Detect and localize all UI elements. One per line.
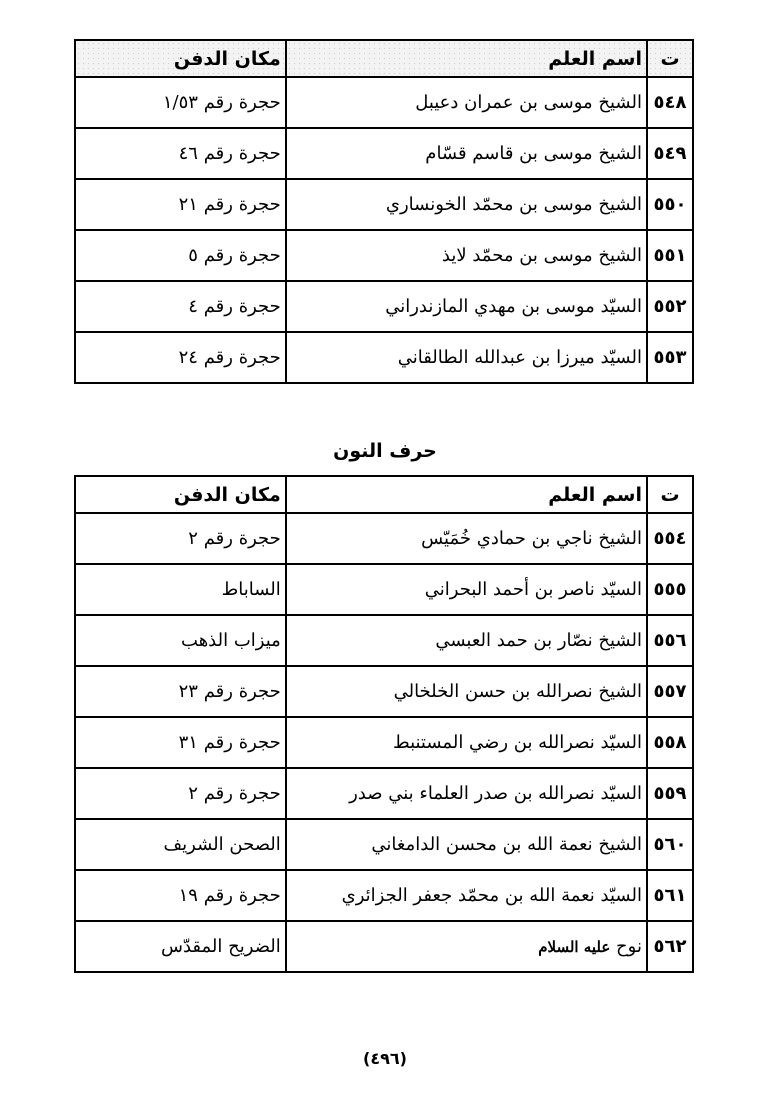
- row-name: الشيخ موسى بن محمّد الخونساري: [286, 179, 647, 230]
- row-burial-place: حجرة رقم ٢: [75, 513, 286, 564]
- section-title: حرف النون: [0, 440, 770, 462]
- table-row: ٥٥٥ السيّد ناصر بن أحمد البحراني الساباط: [75, 564, 693, 615]
- row-burial-place: الساباط: [75, 564, 286, 615]
- table-row: ٥٤٨ الشيخ موسى بن عمران دعيبل حجرة رقم ١…: [75, 77, 693, 128]
- header-burial-place: مكان الدفن: [75, 476, 286, 513]
- row-name-text: نوح: [616, 936, 642, 957]
- honorific-glyph: عليه السلام: [538, 938, 610, 956]
- row-burial-place: الضريح المقدّس: [75, 921, 286, 972]
- row-burial-place: حجرة رقم ٢١: [75, 179, 286, 230]
- row-number: ٥٦١: [647, 870, 693, 921]
- row-name: نوح عليه السلام: [286, 921, 647, 972]
- row-number: ٥٦٠: [647, 819, 693, 870]
- header-name: اسم العلم: [286, 40, 647, 77]
- row-number: ٥٥٧: [647, 666, 693, 717]
- row-burial-place: حجرة رقم ٤٦: [75, 128, 286, 179]
- row-number: ٥٦٢: [647, 921, 693, 972]
- table-header-row: ت اسم العلم مكان الدفن: [75, 40, 693, 77]
- table-row: ٥٦٠ الشيخ نعمة الله بن محسن الدامغاني ال…: [75, 819, 693, 870]
- row-number: ٥٥٢: [647, 281, 693, 332]
- table-row: ٥٥١ الشيخ موسى بن محمّد لايذ حجرة رقم ٥: [75, 230, 693, 281]
- row-burial-place: حجرة رقم ٥: [75, 230, 286, 281]
- row-name: السيّد نعمة الله بن محمّد جعفر الجزائري: [286, 870, 647, 921]
- row-burial-place: حجرة رقم ١٩: [75, 870, 286, 921]
- row-name: السيّد ناصر بن أحمد البحراني: [286, 564, 647, 615]
- table-row: ٥٥٩ السيّد نصرالله بن صدر العلماء بني صد…: [75, 768, 693, 819]
- row-name: الشيخ نصرالله بن حسن الخلخالي: [286, 666, 647, 717]
- table-row: ٥٥٧ الشيخ نصرالله بن حسن الخلخالي حجرة ر…: [75, 666, 693, 717]
- row-burial-place: الصحن الشريف: [75, 819, 286, 870]
- table-row: ٥٥٢ السيّد موسى بن مهدي المازندراني حجرة…: [75, 281, 693, 332]
- header-name: اسم العلم: [286, 476, 647, 513]
- burial-table-2: ت اسم العلم مكان الدفن ٥٥٤ الشيخ ناجي بن…: [74, 475, 694, 973]
- table-header-row: ت اسم العلم مكان الدفن: [75, 476, 693, 513]
- row-name: السيّد ميرزا بن عبدالله الطالقاني: [286, 332, 647, 383]
- row-number: ٥٥٥: [647, 564, 693, 615]
- row-name: الشيخ نعمة الله بن محسن الدامغاني: [286, 819, 647, 870]
- row-number: ٥٥٨: [647, 717, 693, 768]
- row-name: السيّد نصرالله بن رضي المستنبط: [286, 717, 647, 768]
- row-name: الشيخ ناجي بن حمادي خُمَيّس: [286, 513, 647, 564]
- burial-table-1: ت اسم العلم مكان الدفن ٥٤٨ الشيخ موسى بن…: [74, 39, 694, 384]
- row-number: ٥٥١: [647, 230, 693, 281]
- row-burial-place: حجرة رقم ٣١: [75, 717, 286, 768]
- row-burial-place: ميزاب الذهب: [75, 615, 286, 666]
- header-burial-place: مكان الدفن: [75, 40, 286, 77]
- row-name: السيّد نصرالله بن صدر العلماء بني صدر: [286, 768, 647, 819]
- table-row: ٥٥٨ السيّد نصرالله بن رضي المستنبط حجرة …: [75, 717, 693, 768]
- page-number: (٤٩٦): [0, 1049, 770, 1068]
- row-number: ٥٥٣: [647, 332, 693, 383]
- row-name: الشيخ نصّار بن حمد العبسي: [286, 615, 647, 666]
- row-number: ٥٤٨: [647, 77, 693, 128]
- row-burial-place: حجرة رقم ١/٥٣: [75, 77, 286, 128]
- table-row: ٥٥٦ الشيخ نصّار بن حمد العبسي ميزاب الذه…: [75, 615, 693, 666]
- table-row: ٥٦١ السيّد نعمة الله بن محمّد جعفر الجزا…: [75, 870, 693, 921]
- row-number: ٥٥٩: [647, 768, 693, 819]
- table-row: ٥٤٩ الشيخ موسى بن قاسم قسّام حجرة رقم ٤٦: [75, 128, 693, 179]
- row-number: ٥٥٦: [647, 615, 693, 666]
- row-burial-place: حجرة رقم ٢٤: [75, 332, 286, 383]
- row-number: ٥٤٩: [647, 128, 693, 179]
- row-name: السيّد موسى بن مهدي المازندراني: [286, 281, 647, 332]
- row-number: ٥٥٠: [647, 179, 693, 230]
- row-name: الشيخ موسى بن قاسم قسّام: [286, 128, 647, 179]
- table-row: ٥٦٢ نوح عليه السلام الضريح المقدّس: [75, 921, 693, 972]
- header-number: ت: [647, 40, 693, 77]
- table-row: ٥٥٤ الشيخ ناجي بن حمادي خُمَيّس حجرة رقم…: [75, 513, 693, 564]
- row-name: الشيخ موسى بن عمران دعيبل: [286, 77, 647, 128]
- table-row: ٥٥٣ السيّد ميرزا بن عبدالله الطالقاني حج…: [75, 332, 693, 383]
- row-name: الشيخ موسى بن محمّد لايذ: [286, 230, 647, 281]
- table-row: ٥٥٠ الشيخ موسى بن محمّد الخونساري حجرة ر…: [75, 179, 693, 230]
- row-burial-place: حجرة رقم ٤: [75, 281, 286, 332]
- row-number: ٥٥٤: [647, 513, 693, 564]
- row-burial-place: حجرة رقم ٢٣: [75, 666, 286, 717]
- row-burial-place: حجرة رقم ٢: [75, 768, 286, 819]
- header-number: ت: [647, 476, 693, 513]
